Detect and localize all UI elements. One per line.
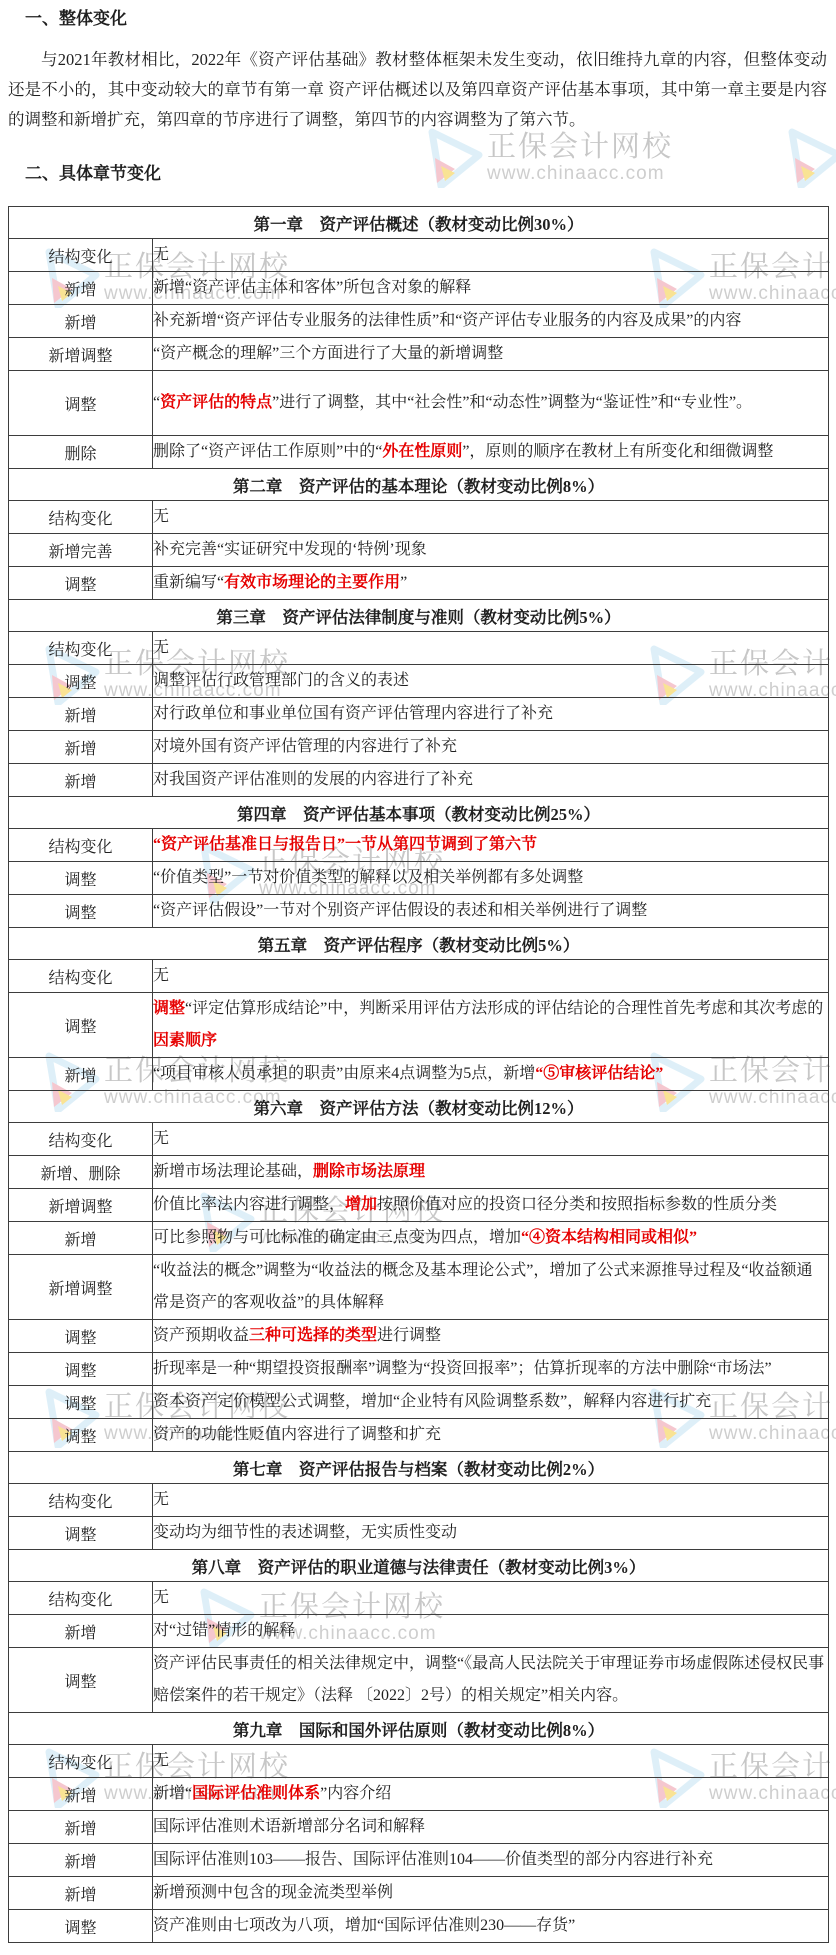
- change-desc-highlight: 有效市场理论的主要作用: [224, 574, 400, 591]
- change-type-cell: 新增调整: [9, 1255, 153, 1320]
- change-desc-cell: 折现率是一种“期望投资报酬率”调整为“投资回报率”；估算折现率的方法中删除“市场…: [153, 1353, 829, 1386]
- change-type-cell: 调整: [9, 1517, 153, 1550]
- chapter-title: 第五章 资产评估程序（教材变动比例5%）: [9, 928, 829, 960]
- chapter-header-row: 第九章 国际和国外评估原则（教材变动比例8%）: [9, 1713, 829, 1745]
- change-type-cell: 调整: [9, 1386, 153, 1419]
- change-desc-cell: 国际评估准则术语新增部分名词和解释: [153, 1811, 829, 1844]
- change-type-cell: 结构变化: [9, 632, 153, 665]
- change-row: 调整调整“评定估算形成结论”中，判断采用评估方法形成的评估结论的合理性首先考虑和…: [9, 993, 829, 1058]
- change-row: 新增国际评估准则术语新增部分名词和解释: [9, 1811, 829, 1844]
- change-desc-text: 按照价值对应的投资口径分类和按照指标参数的性质分类: [377, 1196, 777, 1213]
- chapter-header-row: 第八章 资产评估的职业道德与法律责任（教材变动比例3%）: [9, 1550, 829, 1582]
- change-desc-text: “资产评估假设”一节对个别资产评估假设的表述和相关举例进行了调整: [153, 902, 647, 919]
- change-desc-text: 可比参照物与可比标准的确定由三点变为四点，增加: [153, 1229, 521, 1246]
- change-desc-text: 无: [153, 508, 169, 525]
- change-desc-cell: 新增“国际评估准则体系”内容介绍: [153, 1778, 829, 1811]
- change-desc-text: ”进行了调整，其中“社会性”和“动态性”调整为“鉴证性”和“专业性”。: [272, 394, 752, 411]
- change-desc-text: 无: [153, 1491, 169, 1508]
- change-type-cell: 新增调整: [9, 338, 153, 371]
- change-desc-cell: 可比参照物与可比标准的确定由三点变为四点，增加“④资本结构相同或相似”: [153, 1222, 829, 1255]
- chapter-title: 第四章 资产评估基本事项（教材变动比例25%）: [9, 797, 829, 829]
- change-desc-text: “资产概念的理解”三个方面进行了大量的新增调整: [153, 345, 503, 362]
- change-desc-text: 国际评估准则术语新增部分名词和解释: [153, 1818, 425, 1835]
- page: 正保会计网校 www.chinaacc.com 正保会计网校 www.china…: [0, 8, 836, 1943]
- chapter-changes-table-body: 第一章 资产评估概述（教材变动比例30%）结构变化无新增新增“资产评估主体和客体…: [9, 207, 829, 1943]
- change-desc-cell: “资产评估基准日与报告日”一节从第四节调到了第六节: [153, 829, 829, 862]
- change-type-cell: 删除: [9, 436, 153, 469]
- change-desc-text: 资本资产定价模型公式调整，增加“企业特有风险调整系数”，解释内容进行扩充: [153, 1393, 711, 1410]
- change-desc-cell: 无: [153, 239, 829, 272]
- change-row: 新增对“过错”情形的解释: [9, 1615, 829, 1648]
- change-row: 新增、删除新增市场法理论基础，删除市场法原理: [9, 1156, 829, 1189]
- change-row: 调整资本资产定价模型公式调整，增加“企业特有风险调整系数”，解释内容进行扩充: [9, 1386, 829, 1419]
- change-desc-text: “价值类型”一节对价值类型的解释以及相关举例都有多处调整: [153, 869, 583, 886]
- change-row: 新增新增预测中包含的现金流类型举例: [9, 1877, 829, 1910]
- change-type-cell: 结构变化: [9, 501, 153, 534]
- change-desc-text: 删除了“资产评估工作原则”中的“: [153, 443, 382, 460]
- change-row: 结构变化无: [9, 632, 829, 665]
- change-row: 新增对境外国有资产评估管理的内容进行了补充: [9, 731, 829, 764]
- document-content: 一、整体变化 与2021年教材相比，2022年《资产评估基础》教材整体框架未发生…: [0, 8, 836, 1943]
- change-desc-cell: 无: [153, 1484, 829, 1517]
- chapter-header-row: 第一章 资产评估概述（教材变动比例30%）: [9, 207, 829, 239]
- change-row: 结构变化无: [9, 501, 829, 534]
- change-desc-cell: 无: [153, 960, 829, 993]
- change-row: 新增调整“资产概念的理解”三个方面进行了大量的新增调整: [9, 338, 829, 371]
- change-desc-cell: 无: [153, 1123, 829, 1156]
- change-type-cell: 结构变化: [9, 239, 153, 272]
- change-row: 调整折现率是一种“期望投资报酬率”调整为“投资回报率”；估算折现率的方法中删除“…: [9, 1353, 829, 1386]
- change-desc-text: 无: [153, 246, 169, 263]
- chapter-header-row: 第五章 资产评估程序（教材变动比例5%）: [9, 928, 829, 960]
- change-desc-text: 变动均为细节性的表述调整，无实质性变动: [153, 1524, 457, 1541]
- change-row: 结构变化无: [9, 1745, 829, 1778]
- change-row: 新增调整“收益法的概念”调整为“收益法的概念及基本理论公式”，增加了公式来源推导…: [9, 1255, 829, 1320]
- change-type-cell: 新增: [9, 1615, 153, 1648]
- change-row: 调整资产的功能性贬值内容进行了调整和扩充: [9, 1419, 829, 1452]
- change-type-cell: 新增: [9, 272, 153, 305]
- change-row: 新增对行政单位和事业单位国有资产评估管理内容进行了补充: [9, 698, 829, 731]
- change-row: 调整重新编写“有效市场理论的主要作用”: [9, 567, 829, 600]
- change-desc-cell: 对“过错”情形的解释: [153, 1615, 829, 1648]
- change-desc-text: 无: [153, 639, 169, 656]
- chapter-header-row: 第七章 资产评估报告与档案（教材变动比例2%）: [9, 1452, 829, 1484]
- change-row: 新增调整价值比率法内容进行调整，增加按照价值对应的投资口径分类和按照指标参数的性…: [9, 1189, 829, 1222]
- change-type-cell: 新增: [9, 1811, 153, 1844]
- change-desc-cell: “资产评估的特点”进行了调整，其中“社会性”和“动态性”调整为“鉴证性”和“专业…: [153, 371, 829, 436]
- change-desc-highlight: 资产评估的特点: [160, 394, 272, 411]
- change-row: 新增新增“资产评估主体和客体”所包含对象的解释: [9, 272, 829, 305]
- change-type-cell: 新增: [9, 1844, 153, 1877]
- chapter-title: 第八章 资产评估的职业道德与法律责任（教材变动比例3%）: [9, 1550, 829, 1582]
- change-desc-cell: 新增预测中包含的现金流类型举例: [153, 1877, 829, 1910]
- change-desc-cell: 对我国资产评估准则的发展的内容进行了补充: [153, 764, 829, 797]
- change-desc-text: 补充新增“资产评估专业服务的法律性质”和“资产评估专业服务的内容及成果”的内容: [153, 312, 741, 329]
- change-desc-cell: 重新编写“有效市场理论的主要作用”: [153, 567, 829, 600]
- chapter-title: 第六章 资产评估方法（教材变动比例12%）: [9, 1091, 829, 1123]
- change-type-cell: 调整: [9, 993, 153, 1058]
- change-type-cell: 新增: [9, 731, 153, 764]
- change-type-cell: 调整: [9, 665, 153, 698]
- change-desc-text: 资产评估民事责任的相关法律规定中，调整“《最高人民法院关于审理证券市场虚假陈述侵…: [153, 1655, 824, 1704]
- change-desc-cell: 无: [153, 1745, 829, 1778]
- change-row: 新增国际评估准则103——报告、国际评估准则104——价值类型的部分内容进行补充: [9, 1844, 829, 1877]
- change-row: 调整变动均为细节性的表述调整，无实质性变动: [9, 1517, 829, 1550]
- change-row: 新增对我国资产评估准则的发展的内容进行了补充: [9, 764, 829, 797]
- change-desc-cell: 国际评估准则103——报告、国际评估准则104——价值类型的部分内容进行补充: [153, 1844, 829, 1877]
- change-desc-text: 对境外国有资产评估管理的内容进行了补充: [153, 738, 457, 755]
- change-desc-text: 无: [153, 967, 169, 984]
- change-row: 结构变化无: [9, 960, 829, 993]
- change-desc-text: 折现率是一种“期望投资报酬率”调整为“投资回报率”；估算折现率的方法中删除“市场…: [153, 1360, 772, 1377]
- change-desc-cell: 删除了“资产评估工作原则”中的“外在性原则”，原则的顺序在教材上有所变化和细微调…: [153, 436, 829, 469]
- change-desc-text: ”内容介绍: [320, 1785, 391, 1802]
- change-desc-highlight: “④资本结构相同或相似”: [521, 1229, 697, 1246]
- change-desc-highlight: 外在性原则: [382, 443, 462, 460]
- change-type-cell: 调整: [9, 1910, 153, 1943]
- change-desc-text: 重新编写“: [153, 574, 224, 591]
- change-row: 新增“项目审核人员承担的职责”由原来4点调整为5点，新增“⑤审核评估结论”: [9, 1058, 829, 1091]
- change-desc-text: 无: [153, 1130, 169, 1147]
- change-desc-text: 对我国资产评估准则的发展的内容进行了补充: [153, 771, 473, 788]
- change-row: 调整“价值类型”一节对价值类型的解释以及相关举例都有多处调整: [9, 862, 829, 895]
- change-type-cell: 调整: [9, 862, 153, 895]
- change-type-cell: 调整: [9, 1648, 153, 1713]
- change-desc-cell: 补充完善“实证研究中发现的‘特例’现象: [153, 534, 829, 567]
- change-desc-cell: 变动均为细节性的表述调整，无实质性变动: [153, 1517, 829, 1550]
- change-type-cell: 新增: [9, 698, 153, 731]
- change-row: 调整资产评估民事责任的相关法律规定中，调整“《最高人民法院关于审理证券市场虚假陈…: [9, 1648, 829, 1713]
- change-desc-text: 对行政单位和事业单位国有资产评估管理内容进行了补充: [153, 705, 553, 722]
- change-type-cell: 调整: [9, 371, 153, 436]
- change-desc-cell: 无: [153, 632, 829, 665]
- change-row: 调整调整评估行政管理部门的含义的表述: [9, 665, 829, 698]
- change-desc-text: 新增“资产评估主体和客体”所包含对象的解释: [153, 279, 471, 296]
- change-type-cell: 新增: [9, 764, 153, 797]
- change-desc-text: 对“过错”情形的解释: [153, 1622, 295, 1639]
- change-desc-cell: “资产概念的理解”三个方面进行了大量的新增调整: [153, 338, 829, 371]
- change-desc-text: “评定估算形成结论”中，判断采用评估方法形成的评估结论的合理性首先考虑和其次考虑…: [185, 1000, 823, 1017]
- change-type-cell: 结构变化: [9, 1745, 153, 1778]
- chapter-title: 第三章 资产评估法律制度与准则（教材变动比例5%）: [9, 600, 829, 632]
- change-type-cell: 新增、删除: [9, 1156, 153, 1189]
- change-row: 调整“资产评估的特点”进行了调整，其中“社会性”和“动态性”调整为“鉴证性”和“…: [9, 371, 829, 436]
- change-desc-text: “项目审核人员承担的职责”由原来4点调整为5点，新增: [153, 1065, 535, 1082]
- change-row: 结构变化无: [9, 1123, 829, 1156]
- change-desc-text: 价值比率法内容进行调整，: [153, 1196, 345, 1213]
- change-desc-text: 新增预测中包含的现金流类型举例: [153, 1884, 393, 1901]
- change-type-cell: 结构变化: [9, 1123, 153, 1156]
- change-desc-text: 补充完善“实证研究中发现的‘特例’现象: [153, 541, 427, 558]
- change-row: 调整资产准则由七项改为八项，增加“国际评估准则230——存货”: [9, 1910, 829, 1943]
- change-type-cell: 调整: [9, 1353, 153, 1386]
- change-type-cell: 新增: [9, 1058, 153, 1091]
- change-desc-cell: “收益法的概念”调整为“收益法的概念及基本理论公式”，增加了公式来源推导过程及“…: [153, 1255, 829, 1320]
- change-row: 新增可比参照物与可比标准的确定由三点变为四点，增加“④资本结构相同或相似”: [9, 1222, 829, 1255]
- change-row: 新增补充新增“资产评估专业服务的法律性质”和“资产评估专业服务的内容及成果”的内…: [9, 305, 829, 338]
- chapter-title: 第九章 国际和国外评估原则（教材变动比例8%）: [9, 1713, 829, 1745]
- change-desc-text: 无: [153, 1589, 169, 1606]
- change-row: 结构变化无: [9, 1484, 829, 1517]
- change-desc-highlight: “⑤审核评估结论”: [535, 1065, 663, 1082]
- chapter-header-row: 第三章 资产评估法律制度与准则（教材变动比例5%）: [9, 600, 829, 632]
- change-desc-text: 资产的功能性贬值内容进行了调整和扩充: [153, 1426, 441, 1443]
- change-desc-text: 新增“: [153, 1785, 192, 1802]
- change-desc-text: 资产准则由七项改为八项，增加“国际评估准则230——存货”: [153, 1917, 575, 1934]
- change-desc-cell: 资本资产定价模型公式调整，增加“企业特有风险调整系数”，解释内容进行扩充: [153, 1386, 829, 1419]
- change-type-cell: 结构变化: [9, 1582, 153, 1615]
- change-desc-cell: 资产准则由七项改为八项，增加“国际评估准则230——存货”: [153, 1910, 829, 1943]
- change-desc-cell: 对行政单位和事业单位国有资产评估管理内容进行了补充: [153, 698, 829, 731]
- change-row: 调整“资产评估假设”一节对个别资产评估假设的表述和相关举例进行了调整: [9, 895, 829, 928]
- change-desc-cell: 资产评估民事责任的相关法律规定中，调整“《最高人民法院关于审理证券市场虚假陈述侵…: [153, 1648, 829, 1713]
- change-desc-highlight: “资产评估基准日与报告日”一节从第四节调到了第六节: [153, 836, 537, 853]
- change-type-cell: 调整: [9, 1419, 153, 1452]
- change-desc-cell: 无: [153, 1582, 829, 1615]
- change-row: 调整资产预期收益三种可选择的类型进行调整: [9, 1320, 829, 1353]
- change-desc-cell: “资产评估假设”一节对个别资产评估假设的表述和相关举例进行了调整: [153, 895, 829, 928]
- change-type-cell: 结构变化: [9, 829, 153, 862]
- change-desc-cell: 对境外国有资产评估管理的内容进行了补充: [153, 731, 829, 764]
- change-desc-highlight: 调整: [153, 1000, 185, 1017]
- change-type-cell: 调整: [9, 1320, 153, 1353]
- change-row: 新增完善补充完善“实证研究中发现的‘特例’现象: [9, 534, 829, 567]
- change-desc-highlight: 删除市场法原理: [313, 1163, 425, 1180]
- change-desc-cell: 价值比率法内容进行调整，增加按照价值对应的投资口径分类和按照指标参数的性质分类: [153, 1189, 829, 1222]
- change-desc-text: 新增市场法理论基础，: [153, 1163, 313, 1180]
- change-desc-text: 国际评估准则103——报告、国际评估准则104——价值类型的部分内容进行补充: [153, 1851, 713, 1868]
- change-row: 新增新增“国际评估准则体系”内容介绍: [9, 1778, 829, 1811]
- chapter-title: 第二章 资产评估的基本理论（教材变动比例8%）: [9, 469, 829, 501]
- change-desc-text: 无: [153, 1752, 169, 1769]
- change-desc-highlight: 增加: [345, 1196, 377, 1213]
- change-type-cell: 结构变化: [9, 960, 153, 993]
- change-desc-highlight: 国际评估准则体系: [192, 1785, 320, 1802]
- change-desc-cell: 新增市场法理论基础，删除市场法原理: [153, 1156, 829, 1189]
- change-row: 删除删除了“资产评估工作原则”中的“外在性原则”，原则的顺序在教材上有所变化和细…: [9, 436, 829, 469]
- chapter-header-row: 第四章 资产评估基本事项（教材变动比例25%）: [9, 797, 829, 829]
- change-desc-cell: “价值类型”一节对价值类型的解释以及相关举例都有多处调整: [153, 862, 829, 895]
- change-desc-cell: 新增“资产评估主体和客体”所包含对象的解释: [153, 272, 829, 305]
- change-desc-highlight: 三种可选择的类型: [249, 1327, 377, 1344]
- change-type-cell: 新增调整: [9, 1189, 153, 1222]
- change-type-cell: 结构变化: [9, 1484, 153, 1517]
- change-desc-highlight: 因素顺序: [153, 1032, 217, 1049]
- intro-paragraph: 与2021年教材相比，2022年《资产评估基础》教材整体框架未发生变动，依旧维持…: [8, 45, 827, 135]
- chapter-header-row: 第二章 资产评估的基本理论（教材变动比例8%）: [9, 469, 829, 501]
- change-desc-cell: 无: [153, 501, 829, 534]
- chapter-title: 第七章 资产评估报告与档案（教材变动比例2%）: [9, 1452, 829, 1484]
- change-desc-text: ”: [400, 574, 407, 591]
- change-desc-cell: “项目审核人员承担的职责”由原来4点调整为5点，新增“⑤审核评估结论”: [153, 1058, 829, 1091]
- change-desc-cell: 补充新增“资产评估专业服务的法律性质”和“资产评估专业服务的内容及成果”的内容: [153, 305, 829, 338]
- section-heading-chapter-changes: 二、具体章节变化: [25, 163, 836, 185]
- change-type-cell: 新增完善: [9, 534, 153, 567]
- change-type-cell: 新增: [9, 1877, 153, 1910]
- change-desc-cell: 调整“评定估算形成结论”中，判断采用评估方法形成的评估结论的合理性首先考虑和其次…: [153, 993, 829, 1058]
- change-desc-text: 调整评估行政管理部门的含义的表述: [153, 672, 409, 689]
- chapter-header-row: 第六章 资产评估方法（教材变动比例12%）: [9, 1091, 829, 1123]
- change-desc-cell: 资产预期收益三种可选择的类型进行调整: [153, 1320, 829, 1353]
- change-type-cell: 新增: [9, 305, 153, 338]
- change-desc-text: “收益法的概念”调整为“收益法的概念及基本理论公式”，增加了公式来源推导过程及“…: [153, 1262, 813, 1311]
- change-desc-text: ”，原则的顺序在教材上有所变化和细微调整: [462, 443, 773, 460]
- change-desc-text: 进行调整: [377, 1327, 441, 1344]
- chapter-title: 第一章 资产评估概述（教材变动比例30%）: [9, 207, 829, 239]
- section-heading-overall-changes: 一、整体变化: [25, 8, 836, 30]
- change-row: 结构变化“资产评估基准日与报告日”一节从第四节调到了第六节: [9, 829, 829, 862]
- change-type-cell: 新增: [9, 1222, 153, 1255]
- chapter-changes-table: 第一章 资产评估概述（教材变动比例30%）结构变化无新增新增“资产评估主体和客体…: [8, 206, 829, 1943]
- change-desc-cell: 调整评估行政管理部门的含义的表述: [153, 665, 829, 698]
- change-row: 结构变化无: [9, 1582, 829, 1615]
- change-row: 结构变化无: [9, 239, 829, 272]
- change-desc-cell: 资产的功能性贬值内容进行了调整和扩充: [153, 1419, 829, 1452]
- change-type-cell: 调整: [9, 567, 153, 600]
- change-type-cell: 新增: [9, 1778, 153, 1811]
- change-desc-text: 资产预期收益: [153, 1327, 249, 1344]
- change-type-cell: 调整: [9, 895, 153, 928]
